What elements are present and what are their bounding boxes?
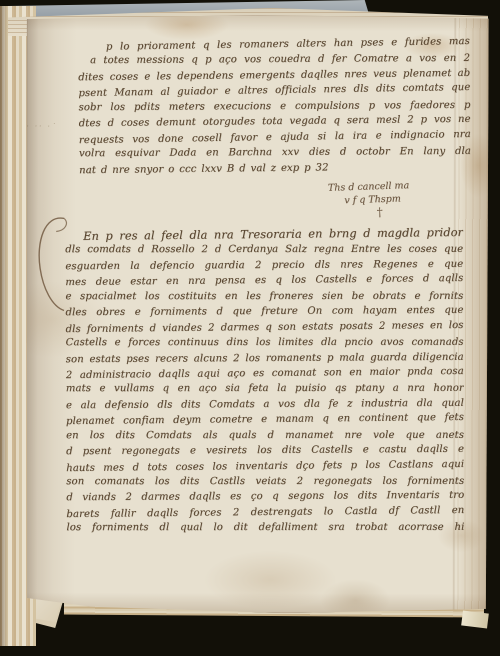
manuscript-page: · ·· ·˙ p lo priorament q les romaners a… (25, 14, 489, 613)
text-line: nat d nre snyor o ccc lxxv B d val z exp… (79, 159, 393, 178)
text-line: plenamet confiam deym cometre e manam q … (66, 410, 464, 430)
text-line: mats e vullams q en aço sia feta la puis… (66, 381, 464, 397)
text-line: volra esquivar Dada en Barchna xxv dies … (79, 144, 471, 162)
text-line: e spacialmet los costituits en les frone… (65, 289, 463, 305)
paragraph-2: En p res al feel dla nra Tresoraria en b… (65, 226, 464, 536)
initial-flourish (34, 212, 68, 316)
text-line: en los dits Comdats als quals d manamet … (66, 428, 464, 444)
text-line: los forniments dl qual lo dit defallimen… (66, 520, 464, 536)
text-line: Castells e forces continuus dins los lim… (66, 335, 464, 351)
manuscript-photo: · ·· ·˙ p lo priorament q les romaners a… (0, 0, 500, 656)
chancery-note: Ths d cancell ma v f q Thspm † (328, 177, 479, 221)
page-tab (461, 610, 489, 628)
marginal-smudge: · ·· ·˙ (26, 122, 57, 130)
text-line: dls comdats d Rossello 2 d Cerdanya Salz… (65, 242, 463, 258)
paragraph-1: p lo priorament q les romaners alters ha… (78, 35, 471, 178)
